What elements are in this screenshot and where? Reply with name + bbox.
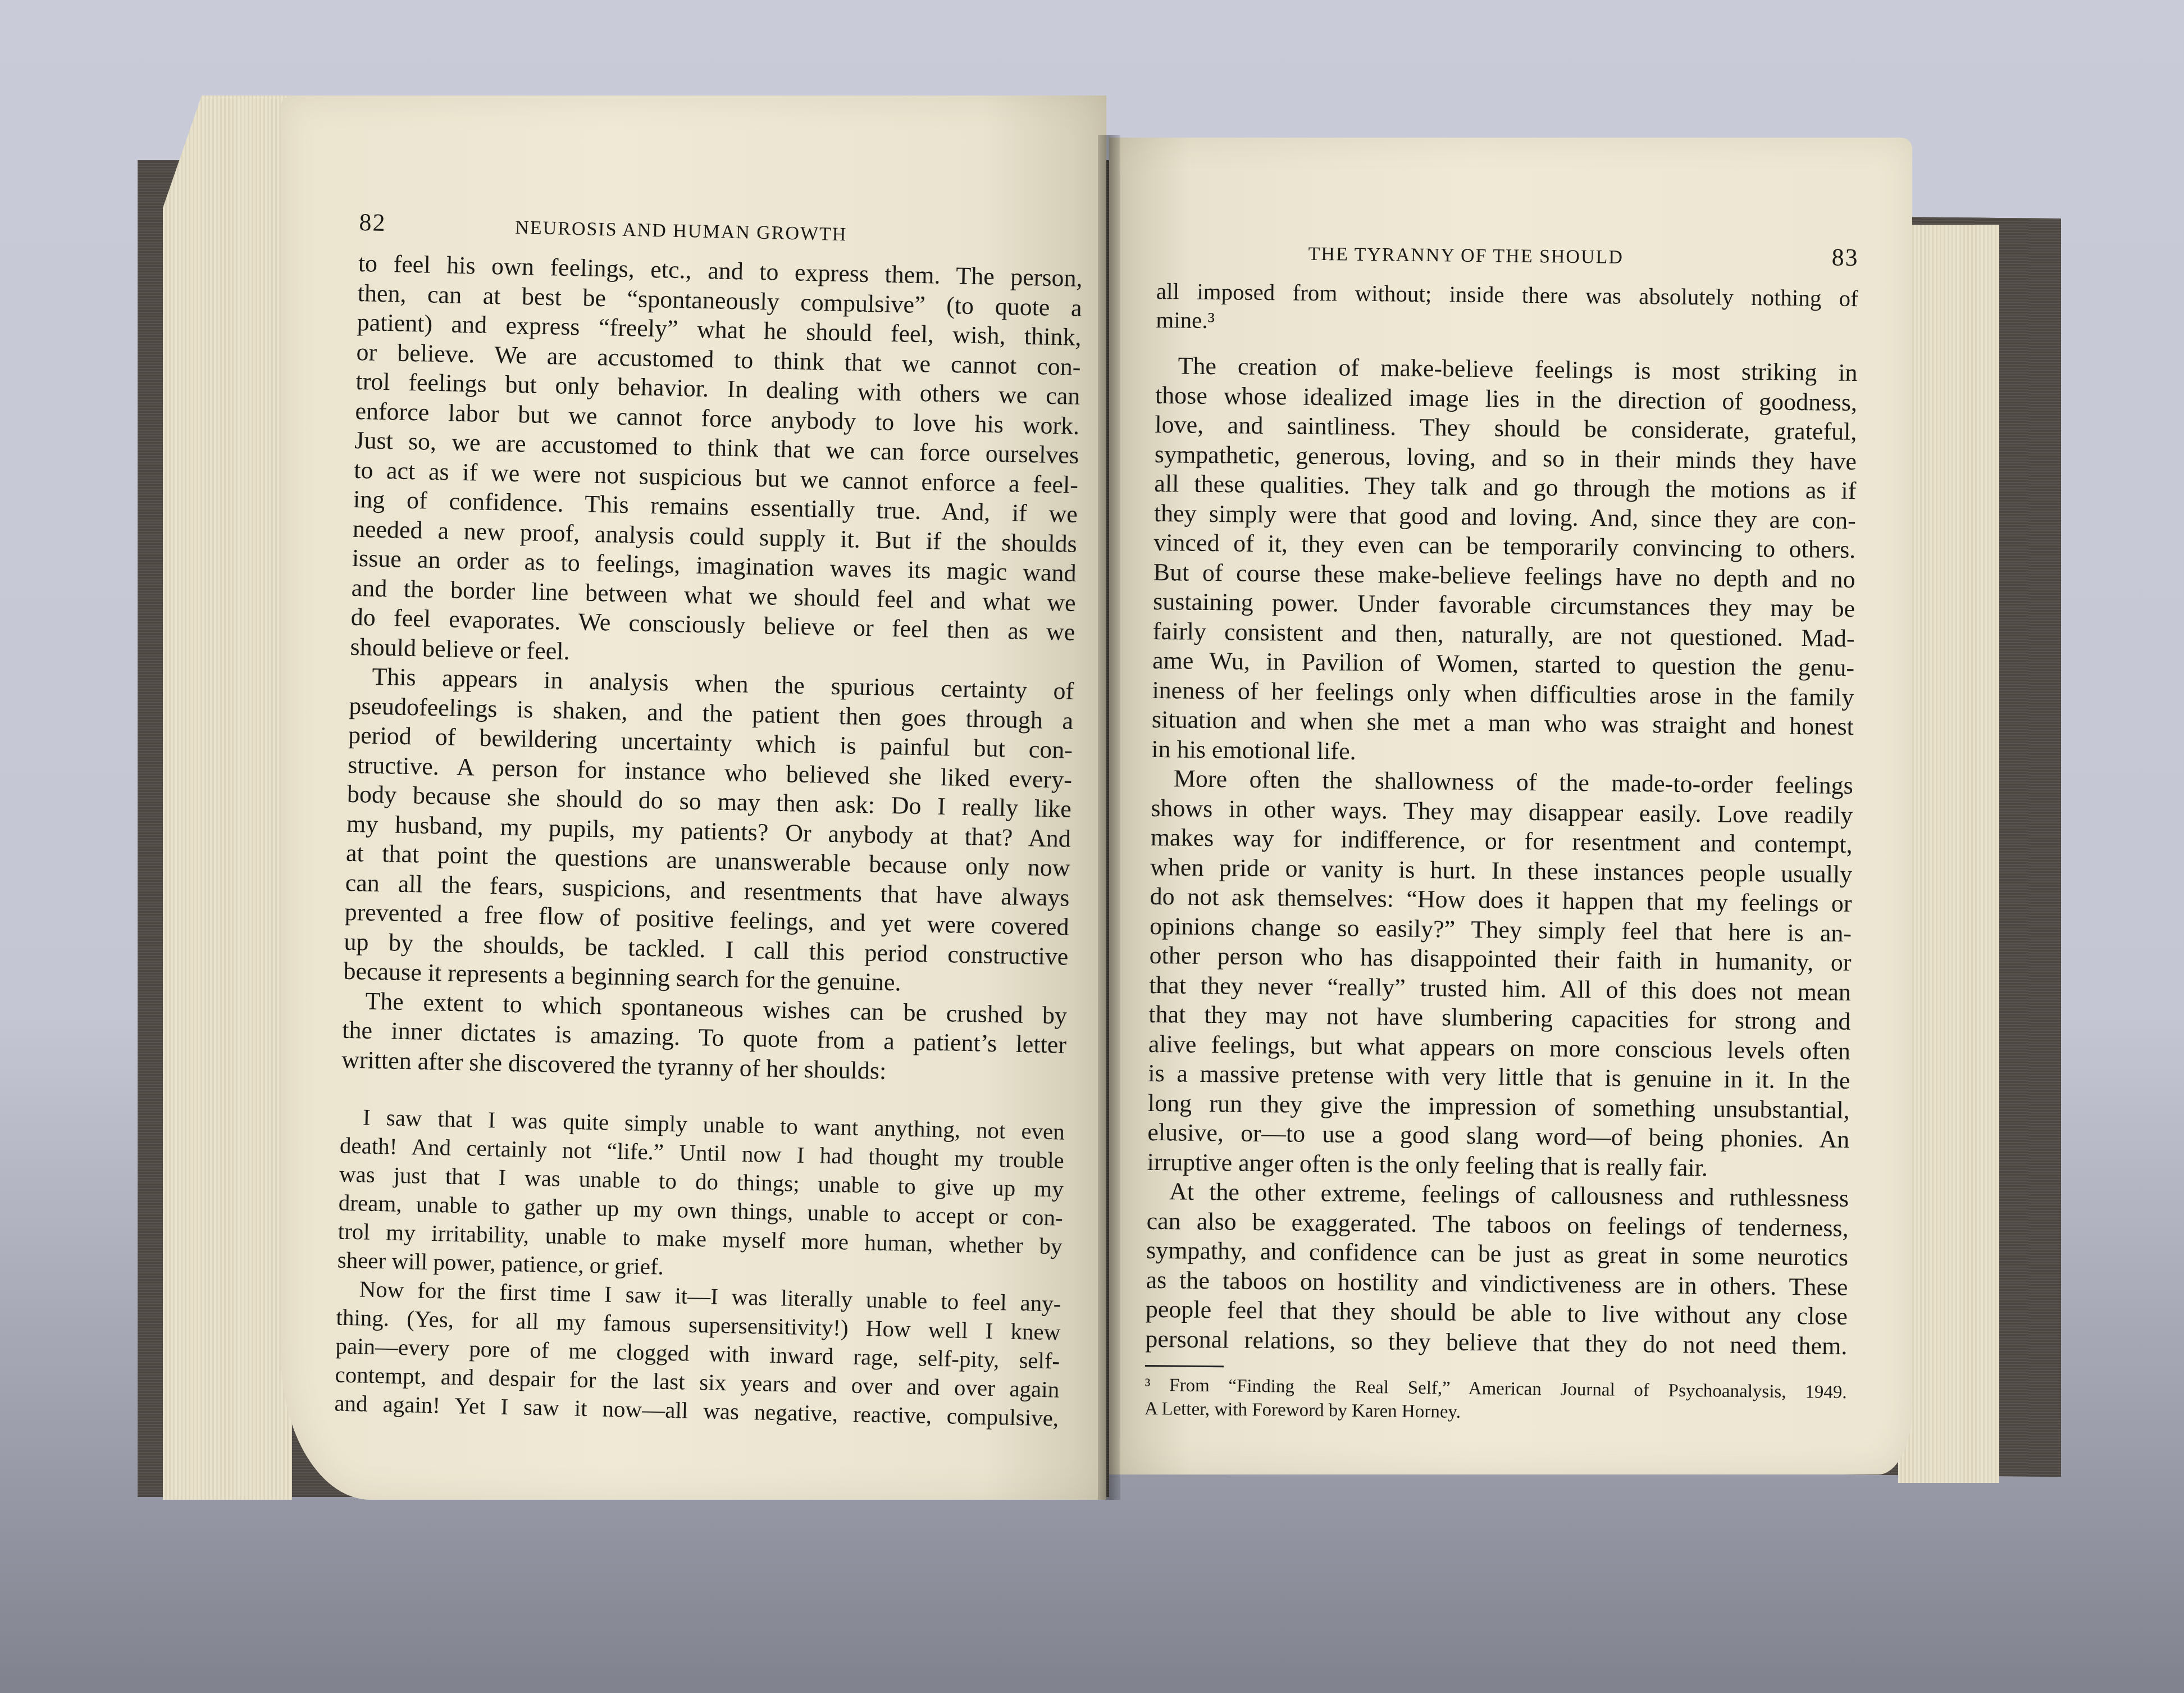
block-quote: I saw that I was quite simply unable to … — [334, 1103, 1065, 1433]
running-head-title: NEUROSIS AND HUMAN GROWTH — [515, 217, 847, 245]
block-quote-continuation: all imposed from without; inside there w… — [1156, 277, 1858, 342]
running-head-title: THE TYRANNY OF THE SHOULD — [1308, 244, 1624, 268]
body-paragraphs: The creation of make-believe feelings is… — [1145, 351, 1858, 1361]
body-paragraphs: to feel his own feelings, etc., and to e… — [341, 249, 1083, 1090]
page-number: 82 — [359, 208, 386, 237]
footnote-rule — [1145, 1365, 1224, 1367]
book-gutter — [1098, 135, 1120, 1500]
footnote: ³ From “Finding the Real Self,” American… — [1145, 1373, 1847, 1428]
page-stack-right — [1898, 225, 1999, 1483]
page-number: 83 — [1831, 243, 1859, 272]
left-page-text: 82 NEUROSIS AND HUMAN GROWTH to feel his… — [334, 208, 1084, 1433]
right-page-text: THE TYRANNY OF THE SHOULD 83 all imposed… — [1145, 236, 1859, 1428]
page-stack-left — [163, 95, 292, 1500]
